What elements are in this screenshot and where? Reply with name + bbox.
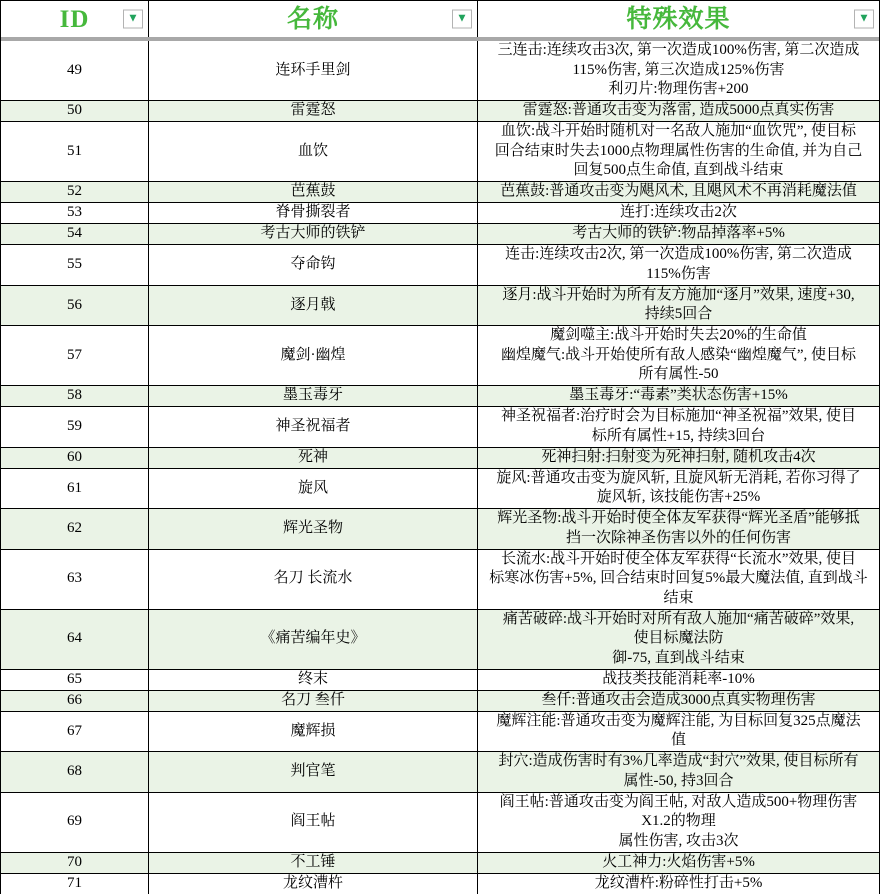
- name-cell[interactable]: 终末: [149, 670, 478, 690]
- effect-line: 逐月:战斗开始时为所有友方施加“逐月”效果, 速度+30,: [478, 286, 879, 306]
- name-cell[interactable]: 神圣祝福者: [149, 407, 478, 447]
- name-cell[interactable]: 判官笔: [149, 752, 478, 792]
- filter-dropdown-button-id[interactable]: ▼: [123, 10, 143, 29]
- effect-cell[interactable]: 战技类技能消耗率-10%: [478, 670, 879, 690]
- name-cell[interactable]: 名刀 叁仟: [149, 691, 478, 711]
- effect-cell[interactable]: 芭蕉鼓:普通攻击变为飓风术, 且飓风术不再消耗魔法值: [478, 182, 879, 202]
- effect-line: 标所有属性+15, 持续3回台: [478, 427, 879, 447]
- effect-cell[interactable]: 长流水:战斗开始时使全体友军获得“长流水”效果, 使目标寒冰伤害+5%, 回合结…: [478, 550, 879, 609]
- name-cell[interactable]: 墨玉毒牙: [149, 386, 478, 406]
- effect-line: 连打:连续攻击2次: [478, 203, 879, 223]
- id-cell[interactable]: 55: [1, 245, 149, 285]
- id-cell[interactable]: 67: [1, 712, 149, 752]
- effect-line: 115%伤害, 第三次造成125%伤害: [478, 61, 879, 81]
- name-cell[interactable]: 辉光圣物: [149, 509, 478, 549]
- effect-line: 三连击:连续攻击3次, 第一次造成100%伤害, 第二次造成: [478, 41, 879, 61]
- table-row: 50 雷霆怒 雷霆怒:普通攻击变为落雷, 造成5000点真实伤害: [1, 101, 879, 122]
- table-row: 51 血饮 血饮:战斗开始时随机对一名敌人施加“血饮咒”, 使目标回合结束时失去…: [1, 122, 879, 182]
- table-row: 70 不工锤 火工神力:火焰伤害+5%: [1, 853, 879, 874]
- name-cell[interactable]: 芭蕉鼓: [149, 182, 478, 202]
- table-row: 54 考古大师的铁铲 考古大师的铁铲:物品掉落率+5%: [1, 224, 879, 245]
- effect-line: 115%伤害: [478, 265, 879, 285]
- table-row: 69 阎王帖 阎王帖:普通攻击变为阎王帖, 对敌人造成500+物理伤害X1.2的…: [1, 793, 879, 853]
- effect-cell[interactable]: 龙纹漕杵:粉碎性打击+5%: [478, 874, 879, 894]
- table-row: 49 连环手里剑 三连击:连续攻击3次, 第一次造成100%伤害, 第二次造成1…: [1, 41, 879, 101]
- table-row: 71 龙纹漕杵 龙纹漕杵:粉碎性打击+5%: [1, 874, 879, 894]
- effect-cell[interactable]: 辉光圣物:战斗开始时使全体友军获得“辉光圣盾”能够抵挡一次除神圣伤害以外的任何伤…: [478, 509, 879, 549]
- effect-line: 封穴:造成伤害时有3%几率造成“封穴”效果, 使目标所有: [478, 752, 879, 772]
- effect-cell[interactable]: 连击:连续攻击2次, 第一次造成100%伤害, 第二次造成115%伤害: [478, 245, 879, 285]
- effect-cell[interactable]: 火工神力:火焰伤害+5%: [478, 853, 879, 873]
- effect-cell[interactable]: 三连击:连续攻击3次, 第一次造成100%伤害, 第二次造成115%伤害, 第三…: [478, 41, 879, 100]
- effect-line: 挡一次除神圣伤害以外的任何伤害: [478, 529, 879, 549]
- id-cell[interactable]: 51: [1, 122, 149, 181]
- effect-line: 痛苦破碎:战斗开始时对所有敌人施加“痛苦破碎”效果,: [478, 610, 879, 630]
- effect-cell[interactable]: 魔辉注能:普通攻击变为魔辉注能, 为目标回复325点魔法值: [478, 712, 879, 752]
- name-cell[interactable]: 雷霆怒: [149, 101, 478, 121]
- effect-cell[interactable]: 考古大师的铁铲:物品掉落率+5%: [478, 224, 879, 244]
- effect-cell[interactable]: 雷霆怒:普通攻击变为落雷, 造成5000点真实伤害: [478, 101, 879, 121]
- effect-cell[interactable]: 神圣祝福者:治疗时会为目标施加“神圣祝福”效果, 使目标所有属性+15, 持续3…: [478, 407, 879, 447]
- effect-cell[interactable]: 封穴:造成伤害时有3%几率造成“封穴”效果, 使目标所有属性-50, 持3回合: [478, 752, 879, 792]
- name-cell[interactable]: 死神: [149, 448, 478, 468]
- effect-line: 回合结束时失去1000点物理属性伤害的生命值, 并为自己: [478, 142, 879, 162]
- effect-line: 连击:连续攻击2次, 第一次造成100%伤害, 第二次造成: [478, 245, 879, 265]
- filter-arrow-icon: ▼: [861, 15, 868, 24]
- effect-line: 雷霆怒:普通攻击变为落雷, 造成5000点真实伤害: [478, 101, 879, 121]
- table-row: 58 墨玉毒牙 墨玉毒牙:“毒素”类状态伤害+15%: [1, 386, 879, 407]
- filter-arrow-icon: ▼: [130, 15, 137, 24]
- column-header-id: ID ▼: [1, 1, 149, 37]
- id-cell[interactable]: 60: [1, 448, 149, 468]
- name-cell[interactable]: 不工锤: [149, 853, 478, 873]
- effect-line: 战技类技能消耗率-10%: [478, 670, 879, 690]
- name-cell[interactable]: 魔辉损: [149, 712, 478, 752]
- effect-line: 旋风:普通攻击变为旋风斩, 且旋风斩无消耗, 若你习得了: [478, 469, 879, 489]
- table-header-row: ID ▼ 名称 ▼ 特殊效果 ▼: [1, 1, 879, 37]
- effect-line: 结束: [478, 589, 879, 609]
- effect-cell[interactable]: 阎王帖:普通攻击变为阎王帖, 对敌人造成500+物理伤害X1.2的物理属性伤害,…: [478, 793, 879, 852]
- id-cell[interactable]: 61: [1, 469, 149, 509]
- column-header-id-label: ID: [60, 7, 90, 32]
- effect-line: 属性-50, 持3回合: [478, 772, 879, 792]
- id-cell[interactable]: 50: [1, 101, 149, 121]
- effect-line: X1.2的物理: [478, 812, 879, 832]
- table-row: 55 夺命钩 连击:连续攻击2次, 第一次造成100%伤害, 第二次造成115%…: [1, 245, 879, 286]
- effect-cell[interactable]: 痛苦破碎:战斗开始时对所有敌人施加“痛苦破碎”效果,使目标魔法防御-75, 直到…: [478, 610, 879, 669]
- effect-line: 标寒冰伤害+5%, 回合结束时回复5%最大魔法值, 直到战斗: [478, 569, 879, 589]
- column-header-effects-label: 特殊效果: [626, 7, 730, 32]
- table-row: 65 终末 战技类技能消耗率-10%: [1, 670, 879, 691]
- table-row: 64 《痛苦编年史》 痛苦破碎:战斗开始时对所有敌人施加“痛苦破碎”效果,使目标…: [1, 610, 879, 670]
- effect-cell[interactable]: 血饮:战斗开始时随机对一名敌人施加“血饮咒”, 使目标回合结束时失去1000点物…: [478, 122, 879, 181]
- effect-line: 神圣祝福者:治疗时会为目标施加“神圣祝福”效果, 使目: [478, 407, 879, 427]
- effect-line: 阎王帖:普通攻击变为阎王帖, 对敌人造成500+物理伤害: [478, 793, 879, 813]
- name-cell[interactable]: 《痛苦编年史》: [149, 610, 478, 669]
- effect-line: 旋风斩, 该技能伤害+25%: [478, 488, 879, 508]
- effect-line: 龙纹漕杵:粉碎性打击+5%: [478, 874, 879, 894]
- effect-line: 所有属性-50: [478, 365, 879, 385]
- effect-line: 血饮:战斗开始时随机对一名敌人施加“血饮咒”, 使目标: [478, 122, 879, 142]
- table-row: 56 逐月戟 逐月:战斗开始时为所有友方施加“逐月”效果, 速度+30,持续5回…: [1, 286, 879, 327]
- table-row: 63 名刀 长流水 长流水:战斗开始时使全体友军获得“长流水”效果, 使目标寒冰…: [1, 550, 879, 610]
- effect-cell[interactable]: 连打:连续攻击2次: [478, 203, 879, 223]
- effect-line: 芭蕉鼓:普通攻击变为飓风术, 且飓风术不再消耗魔法值: [478, 182, 879, 202]
- id-cell[interactable]: 59: [1, 407, 149, 447]
- id-cell[interactable]: 52: [1, 182, 149, 202]
- effect-line: 墨玉毒牙:“毒素”类状态伤害+15%: [478, 386, 879, 406]
- effect-line: 死神扫射:扫射变为死神扫射, 随机攻击4次: [478, 448, 879, 468]
- column-header-name: 名称 ▼: [149, 1, 478, 37]
- column-header-name-label: 名称: [287, 7, 339, 32]
- name-cell[interactable]: 名刀 长流水: [149, 550, 478, 609]
- name-cell[interactable]: 血饮: [149, 122, 478, 181]
- effect-line: 火工神力:火焰伤害+5%: [478, 853, 879, 873]
- name-cell[interactable]: 逐月戟: [149, 286, 478, 326]
- id-cell[interactable]: 64: [1, 610, 149, 669]
- effect-cell[interactable]: 逐月:战斗开始时为所有友方施加“逐月”效果, 速度+30,持续5回合: [478, 286, 879, 326]
- effect-cell[interactable]: 叁仟:普通攻击会造成3000点真实物理伤害: [478, 691, 879, 711]
- table-row: 62 辉光圣物 辉光圣物:战斗开始时使全体友军获得“辉光圣盾”能够抵挡一次除神圣…: [1, 509, 879, 550]
- name-cell[interactable]: 脊骨撕裂者: [149, 203, 478, 223]
- table-row: 59 神圣祝福者 神圣祝福者:治疗时会为目标施加“神圣祝福”效果, 使目标所有属…: [1, 407, 879, 448]
- table-row: 68 判官笔 封穴:造成伤害时有3%几率造成“封穴”效果, 使目标所有属性-50…: [1, 752, 879, 793]
- table-row: 57 魔剑·幽煌 魔剑噬主:战斗开始时失去20%的生命值幽煌魔气:战斗开始使所有…: [1, 326, 879, 386]
- id-cell[interactable]: 69: [1, 793, 149, 852]
- table-row: 52 芭蕉鼓 芭蕉鼓:普通攻击变为飓风术, 且飓风术不再消耗魔法值: [1, 182, 879, 203]
- effect-cell[interactable]: 旋风:普通攻击变为旋风斩, 且旋风斩无消耗, 若你习得了旋风斩, 该技能伤害+2…: [478, 469, 879, 509]
- id-cell[interactable]: 65: [1, 670, 149, 690]
- name-cell[interactable]: 龙纹漕杵: [149, 874, 478, 894]
- table-body: 49 连环手里剑 三连击:连续攻击3次, 第一次造成100%伤害, 第二次造成1…: [1, 41, 879, 893]
- effect-line: 回复500点生命值, 直到战斗结束: [478, 161, 879, 181]
- id-cell[interactable]: 70: [1, 853, 149, 873]
- name-cell[interactable]: 夺命钩: [149, 245, 478, 285]
- filter-dropdown-button-name[interactable]: ▼: [452, 10, 472, 29]
- id-cell[interactable]: 49: [1, 41, 149, 100]
- id-cell[interactable]: 71: [1, 874, 149, 894]
- effect-line: 御-75, 直到战斗结束: [478, 649, 879, 669]
- name-cell[interactable]: 考古大师的铁铲: [149, 224, 478, 244]
- name-cell[interactable]: 魔剑·幽煌: [149, 326, 478, 385]
- name-cell[interactable]: 阎王帖: [149, 793, 478, 852]
- table-row: 67 魔辉损 魔辉注能:普通攻击变为魔辉注能, 为目标回复325点魔法值: [1, 712, 879, 753]
- effect-line: 使目标魔法防: [478, 629, 879, 649]
- effect-line: 魔剑噬主:战斗开始时失去20%的生命值: [478, 326, 879, 346]
- table-row: 53 脊骨撕裂者 连打:连续攻击2次: [1, 203, 879, 224]
- id-cell[interactable]: 57: [1, 326, 149, 385]
- id-cell[interactable]: 68: [1, 752, 149, 792]
- effect-cell[interactable]: 死神扫射:扫射变为死神扫射, 随机攻击4次: [478, 448, 879, 468]
- spreadsheet: ID ▼ 名称 ▼ 特殊效果 ▼ 49 连环手里剑 三连击:连续攻击3次, 第一…: [0, 0, 880, 894]
- id-cell[interactable]: 54: [1, 224, 149, 244]
- effect-line: 值: [478, 731, 879, 751]
- id-cell[interactable]: 53: [1, 203, 149, 223]
- effect-line: 辉光圣物:战斗开始时使全体友军获得“辉光圣盾”能够抵: [478, 509, 879, 529]
- effect-line: 属性伤害, 攻击3次: [478, 832, 879, 852]
- effect-line: 魔辉注能:普通攻击变为魔辉注能, 为目标回复325点魔法: [478, 712, 879, 732]
- effect-line: 持续5回合: [478, 305, 879, 325]
- id-cell[interactable]: 62: [1, 509, 149, 549]
- id-cell[interactable]: 56: [1, 286, 149, 326]
- name-cell[interactable]: 旋风: [149, 469, 478, 509]
- id-cell[interactable]: 63: [1, 550, 149, 609]
- effect-cell[interactable]: 墨玉毒牙:“毒素”类状态伤害+15%: [478, 386, 879, 406]
- effect-cell[interactable]: 魔剑噬主:战斗开始时失去20%的生命值幽煌魔气:战斗开始使所有敌人感染“幽煌魔气…: [478, 326, 879, 385]
- table-row: 61 旋风 旋风:普通攻击变为旋风斩, 且旋风斩无消耗, 若你习得了旋风斩, 该…: [1, 469, 879, 510]
- effect-line: 长流水:战斗开始时使全体友军获得“长流水”效果, 使目: [478, 550, 879, 570]
- effect-line: 利刃片:物理伤害+200: [478, 80, 879, 100]
- table-row: 60 死神 死神扫射:扫射变为死神扫射, 随机攻击4次: [1, 448, 879, 469]
- column-header-effects: 特殊效果 ▼: [478, 1, 879, 37]
- id-cell[interactable]: 58: [1, 386, 149, 406]
- effect-line: 叁仟:普通攻击会造成3000点真实物理伤害: [478, 691, 879, 711]
- filter-dropdown-button-effects[interactable]: ▼: [854, 10, 874, 29]
- effect-line: 幽煌魔气:战斗开始使所有敌人感染“幽煌魔气”, 使目标: [478, 346, 879, 366]
- effect-line: 考古大师的铁铲:物品掉落率+5%: [478, 224, 879, 244]
- filter-arrow-icon: ▼: [459, 15, 466, 24]
- name-cell[interactable]: 连环手里剑: [149, 41, 478, 100]
- table-row: 66 名刀 叁仟 叁仟:普通攻击会造成3000点真实物理伤害: [1, 691, 879, 712]
- id-cell[interactable]: 66: [1, 691, 149, 711]
